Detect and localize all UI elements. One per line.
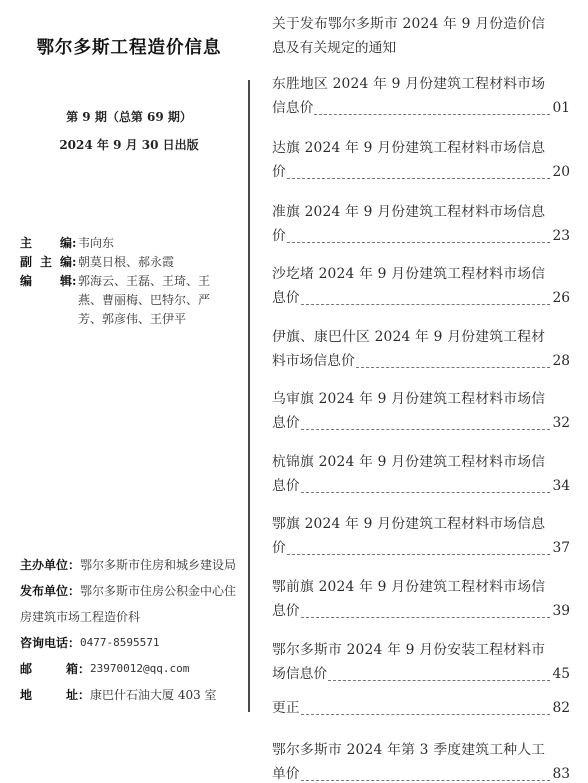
staff-label: 副主编: [20, 253, 72, 272]
address-value: 康巴什石油大厦 403 室: [90, 682, 217, 708]
dotted-leader: [287, 178, 551, 179]
dotted-leader: [301, 429, 551, 430]
publisher-info: 发布单位：鄂尔多斯市住房公积金中心住房建筑市场工程造价科: [20, 578, 242, 630]
phone-label: 咨询电话：: [20, 630, 80, 656]
toc-item-yiqi-kangbashi[interactable]: 伊旗、康巴什区 2024 年 9 月份建筑工程材 料市场信息价28: [272, 325, 570, 373]
staff-value: 郭海云、王磊、王琦、王燕、曹丽梅、巴特尔、严芳、郭彦伟、王伊平: [78, 272, 228, 329]
toc-page-number: 45: [552, 662, 570, 686]
issue-number: 第 9 期（总第 69 期）: [0, 108, 258, 125]
vertical-divider: [248, 80, 250, 712]
toc-page-number: 37: [552, 536, 570, 560]
dotted-leader: [287, 554, 551, 555]
toc-item-eqi[interactable]: 鄂旗 2024 年 9 月份建筑工程材料市场信息 价37: [272, 512, 570, 560]
publication-title: 鄂尔多斯工程造价信息: [0, 34, 258, 59]
email-value[interactable]: 23970012@qq.com: [90, 656, 189, 682]
dotted-leader: [301, 304, 551, 305]
dotted-leader: [301, 492, 551, 493]
dotted-leader: [301, 714, 551, 715]
masthead-panel: 鄂尔多斯工程造价信息 第 9 期（总第 69 期） 2024 年 9 月 30 …: [0, 0, 245, 783]
toc-item-dongsheng[interactable]: 东胜地区 2024 年 9 月份建筑工程材料市场 信息价01: [272, 72, 570, 120]
toc-page-number: 32: [552, 411, 570, 435]
address-label: 地址: [20, 682, 78, 708]
phone-value: 0477-8595571: [80, 630, 159, 656]
toc-item-wushenqi[interactable]: 乌审旗 2024 年 9 月份建筑工程材料市场信 息价32: [272, 387, 570, 435]
publication-date: 2024 年 9 月 30 日出版: [0, 136, 258, 153]
staff-row-deputy-editor: 副主编: 朝莫日根、郝永霞: [20, 253, 238, 272]
dotted-leader: [328, 680, 550, 681]
editorial-staff: 主编: 韦向东 副主编: 朝莫日根、郝永霞 编辑: 郭海云、王磊、王琦、王燕、曹…: [20, 234, 238, 329]
staff-row-editors: 编辑: 郭海云、王磊、王琦、王燕、曹丽梅、巴特尔、严芳、郭彦伟、王伊平: [20, 272, 238, 329]
publisher-label: 发布单位：: [20, 584, 80, 598]
toc-item-shagedu[interactable]: 沙圪堵 2024 年 9 月份建筑工程材料市场信 息价26: [272, 262, 570, 310]
email-label: 邮箱: [20, 656, 78, 682]
sponsor-info: 主办单位：鄂尔多斯市住房和城乡建设局: [20, 552, 242, 578]
toc-item-installation-materials[interactable]: 鄂尔多斯市 2024 年 9 月份安装工程材料市 场信息价45: [272, 638, 570, 686]
toc-page-number: 83: [552, 762, 570, 783]
toc-page-number: 28: [552, 349, 570, 373]
dotted-leader: [301, 780, 551, 781]
toc-page-number: 26: [552, 286, 570, 310]
dotted-leader: [356, 367, 551, 368]
toc-page-number: 23: [552, 224, 570, 248]
toc-item-daqi[interactable]: 达旗 2024 年 9 月份建筑工程材料市场信息 价20: [272, 136, 570, 184]
toc-page-number: 01: [552, 96, 570, 120]
staff-value: 朝莫日根、郝永霞: [78, 253, 238, 272]
toc-item-zhunqi[interactable]: 准旗 2024 年 9 月份建筑工程材料市场信息 价23: [272, 200, 570, 248]
toc-page-number: 39: [552, 599, 570, 623]
toc-item-eqianqi[interactable]: 鄂前旗 2024 年 9 月份建筑工程材料市场信 息价39: [272, 575, 570, 623]
address-info: 地址：康巴什石油大厦 403 室: [20, 682, 242, 708]
staff-value: 韦向东: [78, 234, 238, 253]
toc-page-number: 34: [552, 474, 570, 498]
staff-label: 编辑: [20, 272, 72, 329]
toc-page-number: 82: [552, 696, 570, 720]
staff-row-chief-editor: 主编: 韦向东: [20, 234, 238, 253]
toc-item-hangjinqi[interactable]: 杭锦旗 2024 年 9 月份建筑工程材料市场信 息价34: [272, 450, 570, 498]
toc-page-number: 20: [552, 160, 570, 184]
toc-item-notice[interactable]: 关于发布鄂尔多斯市 2024 年 9 月份造价信 息及有关规定的通知: [272, 12, 570, 60]
dotted-leader: [301, 617, 551, 618]
toc-item-correction[interactable]: 更正82: [272, 696, 570, 720]
sponsor-value: 鄂尔多斯市住房和城乡建设局: [80, 558, 236, 572]
organization-info: 主办单位：鄂尔多斯市住房和城乡建设局 发布单位：鄂尔多斯市住房公积金中心住房建筑…: [20, 552, 242, 708]
email-info: 邮箱：23970012@qq.com: [20, 656, 242, 682]
toc-item-labor-rates[interactable]: 鄂尔多斯市 2024 年第 3 季度建筑工种人工 单价83: [272, 738, 570, 783]
staff-label: 主编: [20, 234, 72, 253]
phone-info: 咨询电话：0477-8595571: [20, 630, 242, 656]
sponsor-label: 主办单位：: [20, 558, 80, 572]
dotted-leader: [287, 242, 551, 243]
dotted-leader: [314, 114, 550, 115]
